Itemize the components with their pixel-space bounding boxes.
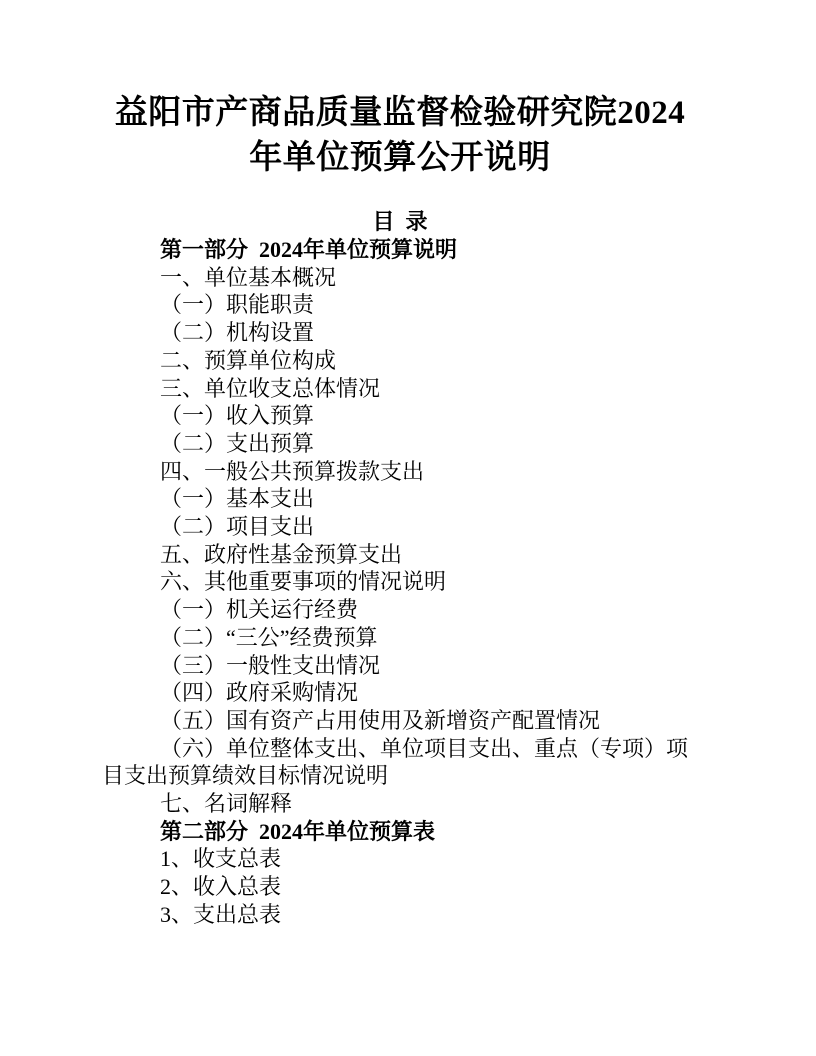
toc-line: 二、预算单位构成 [102,347,698,375]
toc-part2-heading: 第二部分 2024年单位预算表 [102,818,698,846]
toc-line-wrapped-continuation: 目支出预算绩效目标情况说明 [102,762,698,790]
toc-line: （三）一般性支出情况 [102,652,698,680]
toc-line: （二）“三公”经费预算 [102,624,698,652]
toc-line: （四）政府采购情况 [102,679,698,707]
toc-heading: 目 录 [102,208,698,236]
document-page: 益阳市产商品质量监督检验研究院2024 年单位预算公开说明 目 录 第一部分 2… [0,0,816,1056]
toc-line: 3、支出总表 [102,901,698,929]
document-title-line2: 年单位预算公开说明 [102,136,698,181]
toc-line: 五、政府性基金预算支出 [102,541,698,569]
toc-line: （一）基本支出 [102,485,698,513]
toc-line: （一）机关运行经费 [102,596,698,624]
toc-line: （五）国有资产占用使用及新增资产配置情况 [102,707,698,735]
toc-line: （一）收入预算 [102,402,698,430]
toc-line: （二）项目支出 [102,513,698,541]
toc-line: 1、收支总表 [102,845,698,873]
toc-line: （一）职能职责 [102,291,698,319]
toc-line-wrapped-first: （六）单位整体支出、单位项目支出、重点（专项）项 [102,735,698,763]
toc-line: 三、单位收支总体情况 [102,375,698,403]
document-title-line1: 益阳市产商品质量监督检验研究院2024 [102,91,698,136]
toc-line: 七、名词解释 [102,790,698,818]
toc-line: （二）机构设置 [102,319,698,347]
toc-line: 四、一般公共预算拨款支出 [102,458,698,486]
toc-line: 六、其他重要事项的情况说明 [102,568,698,596]
toc-list: 第一部分 2024年单位预算说明 一、单位基本概况 （一）职能职责 （二）机构设… [102,236,698,929]
toc-line: （二）支出预算 [102,430,698,458]
document-title: 益阳市产商品质量监督检验研究院2024 年单位预算公开说明 [102,91,698,181]
toc-line: 一、单位基本概况 [102,264,698,292]
toc-line: 2、收入总表 [102,873,698,901]
toc-part1-heading: 第一部分 2024年单位预算说明 [102,236,698,264]
